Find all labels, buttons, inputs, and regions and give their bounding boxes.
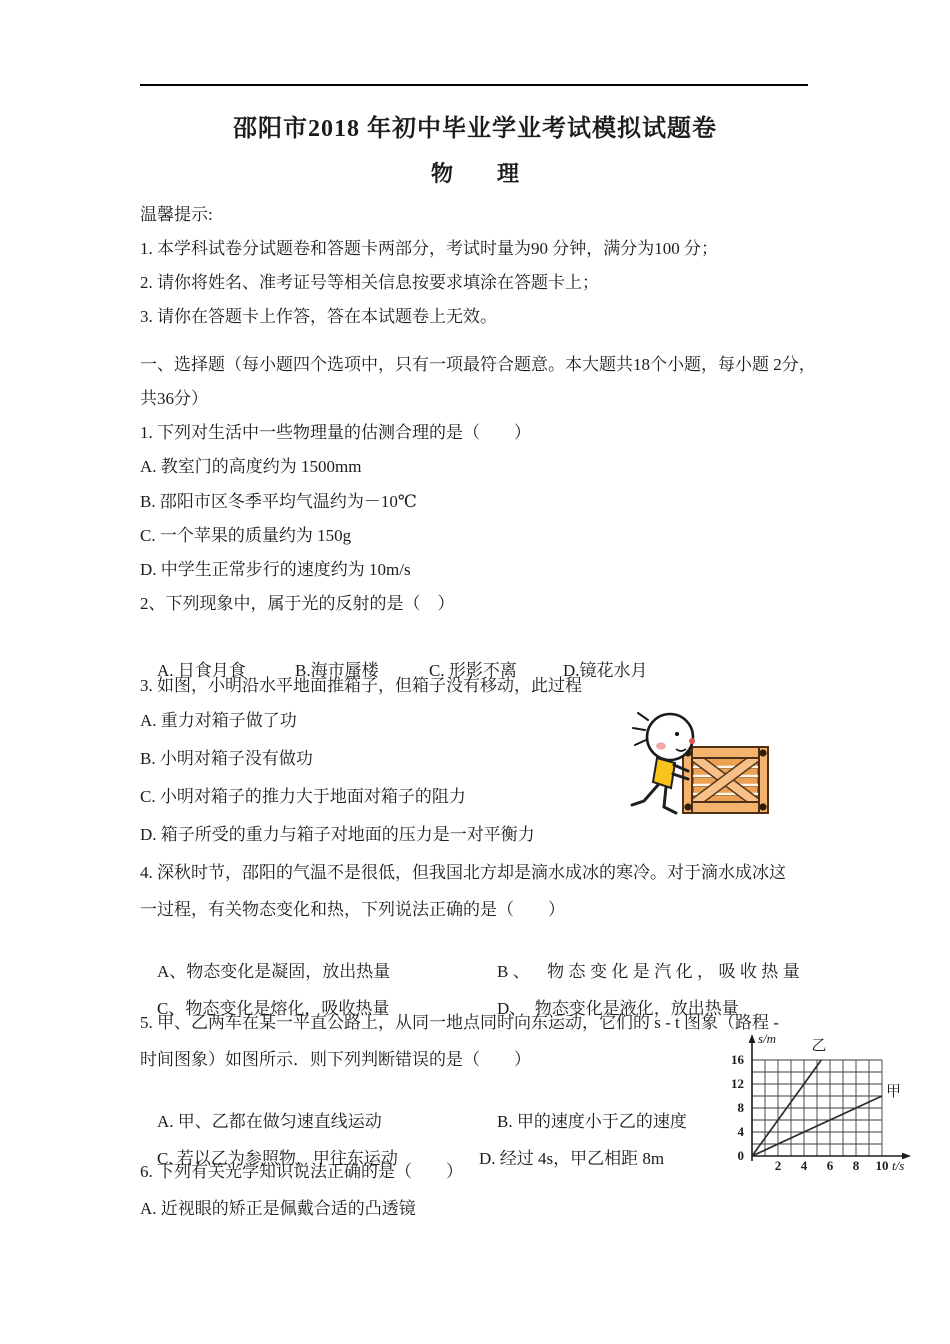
x-axis-label: t/s <box>892 1158 904 1173</box>
question-3-option-b: B. 小明对箱子没有做功 <box>140 747 313 771</box>
question-5-stem-line1: 5. 甲、乙两车在某一平直公路上，从同一地点同时向东运动，它们的 s - t 图… <box>140 1011 779 1035</box>
question-3-option-c: C. 小明对箱子的推力大于地面对箱子的阻力 <box>140 785 466 809</box>
y-tick-16: 16 <box>731 1052 745 1067</box>
question-6-option-a: A. 近视眼的矫正是佩戴合适的凸透镜 <box>140 1197 416 1221</box>
x-tick-10: 10 <box>876 1158 889 1173</box>
question-1-option-a: A. 教室门的高度约为 1500mm <box>140 455 361 479</box>
question-4-stem-line2: 一过程，有关物态变化和热，下列说法正确的是（ ） <box>140 898 565 922</box>
question-5-stem-line2: 时间图象）如图所示．则下列判断错误的是（ ） <box>140 1048 531 1072</box>
notice-item-1: 1. 本学科试卷分试题卷和答题卡两部分，考试时量为90 分钟，满分为100 分； <box>140 237 718 261</box>
question-5-option-d: D. 经过 4s，甲乙相距 8m <box>479 1149 664 1168</box>
x-tick-6: 6 <box>827 1158 834 1173</box>
x-tick-2: 2 <box>775 1158 782 1173</box>
notice-heading: 温馨提示: <box>140 203 213 227</box>
page-title: 邵阳市2018 年初中毕业学业考试模拟试题卷 <box>0 108 950 143</box>
y-tick-0: 0 <box>738 1148 745 1163</box>
question-3-stem: 3. 如图，小明沿水平地面推箱子，但箱子没有移动，此过程 <box>140 674 582 698</box>
section-heading-line1: 一、选择题（每小题四个选项中，只有一项最符合题意。本大题共18个小题，每小题 2… <box>140 353 816 377</box>
series-label-yi: 乙 <box>811 1038 826 1054</box>
question-1-option-c: C. 一个苹果的质量约为 150g <box>140 524 351 548</box>
y-tick-12: 12 <box>731 1076 744 1091</box>
grid-lines <box>752 1060 882 1156</box>
distance-time-graph: 0 4 8 12 16 2 4 6 8 10 s/m t/s 乙 甲 <box>722 1026 948 1196</box>
x-tick-8: 8 <box>853 1158 860 1173</box>
question-6-stem: 6. 下列有关光学知识说法正确的是（ ） <box>140 1160 463 1184</box>
wooden-crate-image <box>683 747 768 813</box>
section-heading-line2: 共36分） <box>140 387 208 411</box>
y-axis-label: s/m <box>758 1031 776 1046</box>
question-5-options-row2: C. 若以乙为参照物，甲往东运动D. 经过 4s，甲乙相距 8m <box>140 1123 820 1195</box>
header-rule <box>140 84 808 86</box>
notice-item-2: 2. 请你将姓名、准考证号等相关信息按要求填涂在答题卡上； <box>140 271 599 295</box>
x-tick-4: 4 <box>801 1158 808 1173</box>
question-3-option-d: D. 箱子所受的重力与箱子对地面的压力是一对平衡力 <box>140 823 535 847</box>
question-4-stem-line1: 4. 深秋时节，邵阳的气温不是很低，但我国北方却是滴水成冰的寒冷。对于滴水成冰这 <box>140 861 786 885</box>
question-2-stem: 2、下列现象中，属于光的反射的是（ ） <box>140 592 455 616</box>
series-label-jia: 甲 <box>886 1083 901 1100</box>
question-1-stem: 1. 下列对生活中一些物理量的估测合理的是（ ） <box>140 421 531 445</box>
person-pushing-crate-figure <box>630 697 780 823</box>
notice-item-3: 3. 请你在答题卡上作答，答在本试题卷上无效。 <box>140 305 497 329</box>
y-tick-4: 4 <box>738 1124 745 1139</box>
subject-title: 物 理 <box>0 157 950 188</box>
y-tick-8: 8 <box>738 1100 745 1115</box>
exam-paper-page: 邵阳市2018 年初中毕业学业考试模拟试题卷 物 理 温馨提示: 1. 本学科试… <box>0 0 950 1344</box>
question-3-option-a: A. 重力对箱子做了功 <box>140 709 297 733</box>
question-1-option-d: D. 中学生正常步行的速度约为 10m/s <box>140 558 411 582</box>
question-1-option-b: B. 邵阳市区冬季平均气温约为－10℃ <box>140 490 417 514</box>
